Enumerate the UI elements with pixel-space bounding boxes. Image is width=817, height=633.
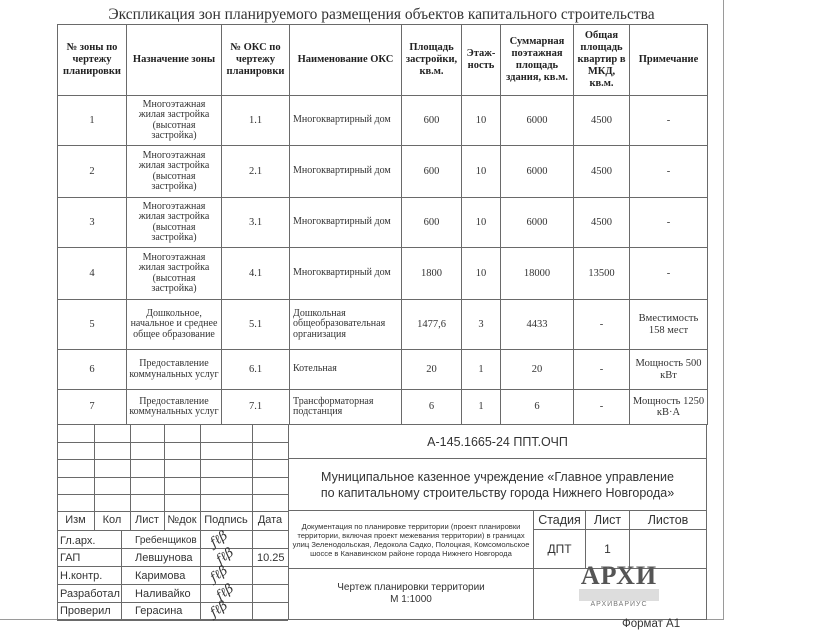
drawing-scale: М 1:1000: [390, 594, 432, 606]
logo-ghost-band: [579, 589, 659, 601]
role-date: 10.25: [257, 552, 285, 564]
cell-note: -: [630, 198, 708, 248]
role-person-name: Каримова: [135, 570, 185, 582]
table-row: 1Многоэтажная жилая застройка (высотная …: [58, 96, 708, 146]
archivarius-logo: АРХИ АРХИВАРИУС: [579, 563, 659, 613]
grid-line: [57, 584, 288, 585]
cell-total-floor-area: 6000: [501, 198, 574, 248]
role-label: Разработал: [60, 588, 120, 600]
cell-oks-number: 6.1: [222, 350, 290, 390]
cell-building-area: 6: [402, 390, 462, 425]
header-oks-number: № ОКС по чертежу планировки: [222, 25, 290, 96]
cell-floors: 10: [462, 248, 501, 300]
cell-zone-number: 5: [58, 300, 127, 350]
cell-zone-purpose: Многоэтажная жилая застройка (высотная з…: [127, 248, 222, 300]
change-header-2: Лист: [130, 514, 164, 526]
table-row: 5Дошкольное, начальное и среднее общее о…: [58, 300, 708, 350]
drawing-title-cell: Чертеж планировки территории М 1:1000: [288, 568, 534, 620]
cell-floors: 10: [462, 96, 501, 146]
cell-total-floor-area: 6: [501, 390, 574, 425]
cell-oks-number: 4.1: [222, 248, 290, 300]
change-header-0: Изм: [57, 514, 94, 526]
header-floors: Этаж-ность: [462, 25, 501, 96]
cell-building-area: 1800: [402, 248, 462, 300]
cell-total-floor-area: 18000: [501, 248, 574, 300]
cell-zone-purpose: Дошкольное, начальное и среднее общее об…: [127, 300, 222, 350]
cell-zone-number: 7: [58, 390, 127, 425]
grid-line: [57, 566, 288, 567]
grid-line: [57, 548, 288, 549]
role-person-name: Наливайко: [135, 588, 191, 600]
role-label: Н.контр.: [60, 570, 102, 582]
cell-zone-purpose: Многоэтажная жилая застройка (высотная з…: [127, 198, 222, 248]
cell-note: -: [630, 96, 708, 146]
cell-oks-name: Дошкольная общеобразовательная организац…: [290, 300, 402, 350]
grid-line: [57, 602, 288, 603]
cell-apartment-area: 4500: [574, 96, 630, 146]
cell-building-area: 600: [402, 146, 462, 198]
cell-note: Мощность 1250 кВ·А: [630, 390, 708, 425]
cell-zone-number: 2: [58, 146, 127, 198]
cell-oks-name: Многоквартирный дом: [290, 96, 402, 146]
cell-oks-name: Котельная: [290, 350, 402, 390]
table-row: 7Предоставление коммунальных услуг7.1Тра…: [58, 390, 708, 425]
cell-floors: 1: [462, 390, 501, 425]
cell-floors: 1: [462, 350, 501, 390]
cell-floors: 3: [462, 300, 501, 350]
header-building-area: Площадь застройки, кв.м.: [402, 25, 462, 96]
cell-zone-purpose: Многоэтажная жилая застройка (высотная з…: [127, 96, 222, 146]
role-label: Гл.арх.: [60, 535, 95, 547]
grid-line: [252, 530, 253, 620]
cell-building-area: 600: [402, 198, 462, 248]
cell-total-floor-area: 6000: [501, 146, 574, 198]
cell-note: Вместимость 158 мест: [630, 300, 708, 350]
role-person-name: Гребенщиков: [135, 535, 197, 546]
grid-line: [57, 459, 288, 460]
grid-line: [200, 530, 201, 620]
cell-note: -: [630, 146, 708, 198]
header-apartment-area: Общая площадь квартир в МКД, кв.м.: [574, 25, 630, 96]
cell-oks-name: Трансформаторная подстанция: [290, 390, 402, 425]
sheet-format: Формат А1: [622, 618, 680, 630]
role-label: ГАП: [60, 552, 80, 564]
cell-total-floor-area: 20: [501, 350, 574, 390]
role-label: Проверил: [60, 605, 111, 617]
cell-zone-number: 6: [58, 350, 127, 390]
cell-apartment-area: -: [574, 350, 630, 390]
header-total-floor-area: Суммарная поэтажная площадь здания, кв.м…: [501, 25, 574, 96]
header-zone-number: № зоны по чертежу планировки: [58, 25, 127, 96]
table-row: 2Многоэтажная жилая застройка (высотная …: [58, 146, 708, 198]
stage-label: Стадия: [533, 510, 586, 530]
cell-floors: 10: [462, 146, 501, 198]
logo-subtitle: АРХИВАРИУС: [579, 601, 659, 608]
cell-zone-purpose: Предоставление коммунальных услуг: [127, 390, 222, 425]
explication-title: Экспликация зон планируемого размещения …: [57, 6, 706, 24]
grid-line: [121, 530, 122, 620]
cell-apartment-area: 4500: [574, 198, 630, 248]
grid-line: [57, 620, 288, 621]
cell-zone-number: 4: [58, 248, 127, 300]
change-header-4: Подпись: [200, 514, 252, 526]
sheet-label: Лист: [585, 510, 630, 530]
sheets-label: Листов: [629, 510, 707, 530]
cell-floors: 10: [462, 198, 501, 248]
cell-oks-number: 1.1: [222, 96, 290, 146]
drawing-title: Чертеж планировки территории: [337, 582, 485, 594]
cell-zone-purpose: Многоэтажная жилая застройка (высотная з…: [127, 146, 222, 198]
cell-oks-number: 7.1: [222, 390, 290, 425]
cell-building-area: 20: [402, 350, 462, 390]
cell-apartment-area: -: [574, 300, 630, 350]
change-header-3: №док: [164, 514, 200, 526]
cell-zone-number: 3: [58, 198, 127, 248]
sheet-border-right: [723, 0, 724, 619]
document-code: А-145.1665-24 ППТ.ОЧП: [288, 424, 707, 459]
grid-line: [57, 424, 288, 425]
cell-total-floor-area: 4433: [501, 300, 574, 350]
header-zone-purpose: Назначение зоны: [127, 25, 222, 96]
table-row: 4Многоэтажная жилая застройка (высотная …: [58, 248, 708, 300]
grid-line: [57, 530, 288, 531]
grid-line: [57, 511, 288, 512]
cell-oks-name: Многоквартирный дом: [290, 248, 402, 300]
logo-text: АРХИ: [579, 563, 659, 589]
cell-apartment-area: 4500: [574, 146, 630, 198]
organization-name: Муниципальное казенное учреждение «Главн…: [288, 458, 707, 511]
grid-line: [57, 530, 58, 620]
header-oks-name: Наименование ОКС: [290, 25, 402, 96]
grid-line: [57, 442, 288, 443]
cell-oks-name: Многоквартирный дом: [290, 146, 402, 198]
role-person-name: Герасина: [135, 605, 182, 617]
grid-line: [57, 494, 288, 495]
cell-oks-number: 3.1: [222, 198, 290, 248]
table-row: 6Предоставление коммунальных услуг6.1Кот…: [58, 350, 708, 390]
cell-oks-number: 5.1: [222, 300, 290, 350]
cell-note: Мощность 500 кВт: [630, 350, 708, 390]
change-header-1: Кол: [94, 514, 130, 526]
table-header-row: № зоны по чертежу планировки Назначение …: [58, 25, 708, 96]
cell-total-floor-area: 6000: [501, 96, 574, 146]
cell-building-area: 1477,6: [402, 300, 462, 350]
cell-zone-purpose: Предоставление коммунальных услуг: [127, 350, 222, 390]
cell-oks-number: 2.1: [222, 146, 290, 198]
cell-note: -: [630, 248, 708, 300]
cell-apartment-area: -: [574, 390, 630, 425]
project-description: Документация по планировке территории (п…: [288, 510, 534, 569]
cell-zone-number: 1: [58, 96, 127, 146]
change-header-5: Дата: [252, 514, 288, 526]
cell-apartment-area: 13500: [574, 248, 630, 300]
cell-oks-name: Многоквартирный дом: [290, 198, 402, 248]
cell-building-area: 600: [402, 96, 462, 146]
explication-table: № зоны по чертежу планировки Назначение …: [57, 24, 708, 425]
table-row: 3Многоэтажная жилая застройка (высотная …: [58, 198, 708, 248]
header-note: Примечание: [630, 25, 708, 96]
grid-line: [57, 477, 288, 478]
role-person-name: Левшунова: [135, 552, 193, 564]
